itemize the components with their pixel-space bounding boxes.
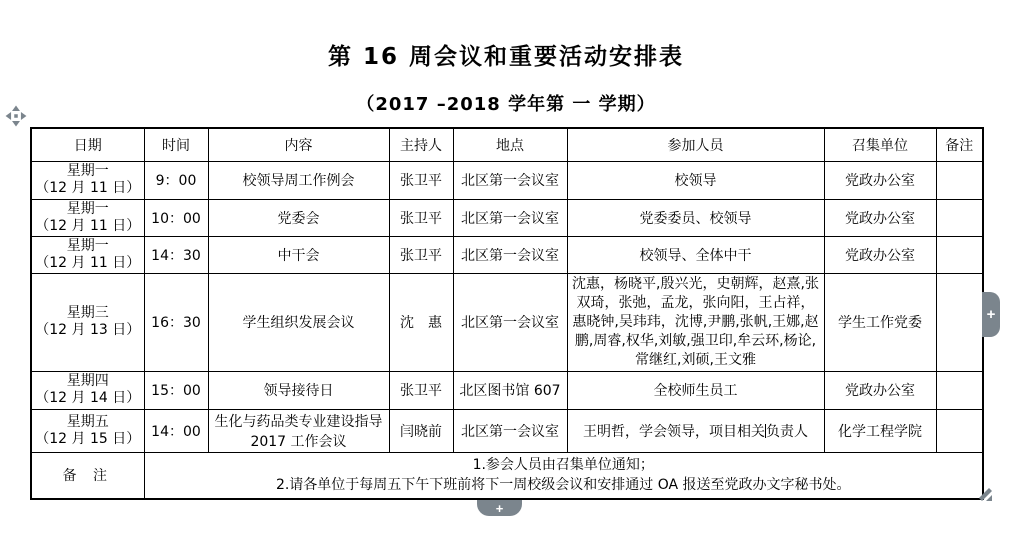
content-cell[interactable]: 学生组织发展会议 — [208, 273, 389, 371]
location-cell[interactable]: 北区第一会议室 — [453, 199, 567, 236]
col-header-content[interactable]: 内容 — [208, 128, 389, 161]
content-cell[interactable]: 党委会 — [208, 199, 389, 236]
time-cell[interactable]: 14：00 — [144, 409, 208, 452]
insert-row-plus-button[interactable]: + — [477, 500, 522, 516]
table-row: 星期四 （12 月 14 日） 15：00 领导接待日 张卫平 北区图书馆 60… — [31, 371, 983, 409]
organizer-cell[interactable]: 党政办公室 — [824, 161, 936, 199]
weekday: 星期一 — [35, 238, 141, 255]
remark-cell[interactable] — [936, 199, 983, 236]
remark-cell[interactable] — [936, 236, 983, 273]
location-cell[interactable]: 北区第一会议室 — [453, 236, 567, 273]
table-row: 星期三 （12 月 13 日） 16：30 学生组织发展会议 沈 惠 北区第一会… — [31, 273, 983, 371]
col-header-participants[interactable]: 参加人员 — [567, 128, 824, 161]
document-page: 第 16 周会议和重要活动安排表 （2017 –2018 学年第 一 学期） 日… — [0, 0, 1015, 541]
col-header-date[interactable]: 日期 — [31, 128, 144, 161]
weekday: 星期三 — [35, 305, 141, 322]
participants-text: 负责人 — [766, 424, 808, 440]
weekday: 星期四 — [35, 373, 141, 390]
host-cell[interactable]: 沈 惠 — [389, 273, 453, 371]
host-cell[interactable]: 张卫平 — [389, 199, 453, 236]
weekday: 星期一 — [35, 201, 141, 218]
date: （12 月 14 日） — [35, 390, 141, 407]
date: （12 月 11 日） — [35, 255, 141, 272]
table-row: 星期一 （12 月 11 日） 10：00 党委会 张卫平 北区第一会议室 党委… — [31, 199, 983, 236]
participants-cell[interactable]: 校领导、全体中干 — [567, 236, 824, 273]
weekday: 星期五 — [35, 414, 141, 431]
participants-cell[interactable]: 校领导 — [567, 161, 824, 199]
note-line: 1.参会人员由召集单位通知； — [148, 455, 980, 475]
host-cell[interactable]: 张卫平 — [389, 371, 453, 409]
location-cell[interactable]: 北区第一会议室 — [453, 161, 567, 199]
date-cell[interactable]: 星期一 （12 月 11 日） — [31, 161, 144, 199]
table-row: 星期五 （12 月 15 日） 14：00 生化与药品类专业建设指导 2017 … — [31, 409, 983, 452]
remark-cell[interactable] — [936, 161, 983, 199]
date: （12 月 15 日） — [35, 431, 141, 448]
col-header-location[interactable]: 地点 — [453, 128, 567, 161]
footer-row: 备 注 1.参会人员由召集单位通知； 2.请各单位于每周五下午下班前将下一周校级… — [31, 452, 983, 499]
col-header-remark[interactable]: 备注 — [936, 128, 983, 161]
weekday: 星期一 — [35, 163, 141, 180]
date: （12 月 11 日） — [35, 180, 141, 197]
date-cell[interactable]: 星期四 （12 月 14 日） — [31, 371, 144, 409]
date: （12 月 13 日） — [35, 322, 141, 339]
note-line: 2.请各单位于每周五下午下班前将下一周校级会议和安排通过 OA 报送至党政办文字… — [148, 475, 980, 495]
content-cell[interactable]: 领导接待日 — [208, 371, 389, 409]
document-title[interactable]: 第 16 周会议和重要活动安排表 — [30, 38, 982, 71]
table-row: 星期一 （12 月 11 日） 9：00 校领导周工作例会 张卫平 北区第一会议… — [31, 161, 983, 199]
schedule-table: 日期 时间 内容 主持人 地点 参加人员 召集单位 备注 星期一 （12 月 1… — [30, 127, 984, 500]
time-cell[interactable]: 14：30 — [144, 236, 208, 273]
date-cell[interactable]: 星期一 （12 月 11 日） — [31, 199, 144, 236]
remark-cell[interactable] — [936, 409, 983, 452]
document-subtitle[interactable]: （2017 –2018 学年第 一 学期） — [30, 90, 982, 116]
location-cell[interactable]: 北区图书馆 607 — [453, 371, 567, 409]
remark-cell[interactable] — [936, 273, 983, 371]
participants-cell[interactable]: 沈惠，杨晓平,殷兴光，史朝辉，赵熹,张双琦，张弛，孟龙，张向阳，王占祥，惠晓钟,… — [567, 273, 824, 371]
participants-cell[interactable]: 党委委员、校领导 — [567, 199, 824, 236]
location-cell[interactable]: 北区第一会议室 — [453, 273, 567, 371]
organizer-cell[interactable]: 党政办公室 — [824, 199, 936, 236]
organizer-cell[interactable]: 党政办公室 — [824, 371, 936, 409]
table-row: 星期一 （12 月 11 日） 14：30 中干会 张卫平 北区第一会议室 校领… — [31, 236, 983, 273]
footer-notes-cell[interactable]: 1.参会人员由召集单位通知； 2.请各单位于每周五下午下班前将下一周校级会议和安… — [144, 452, 983, 499]
host-cell[interactable]: 张卫平 — [389, 161, 453, 199]
content-cell[interactable]: 生化与药品类专业建设指导 2017 工作会议 — [208, 409, 389, 452]
header-row: 日期 时间 内容 主持人 地点 参加人员 召集单位 备注 — [31, 128, 983, 161]
content-cell[interactable]: 校领导周工作例会 — [208, 161, 389, 199]
time-cell[interactable]: 16：30 — [144, 273, 208, 371]
time-cell[interactable]: 9：00 — [144, 161, 208, 199]
organizer-cell[interactable]: 化学工程学院 — [824, 409, 936, 452]
content-cell[interactable]: 中干会 — [208, 236, 389, 273]
table-resize-handle-icon[interactable] — [977, 486, 994, 503]
table-move-handle-icon[interactable] — [5, 105, 27, 127]
location-cell[interactable]: 北区第一会议室 — [453, 409, 567, 452]
organizer-cell[interactable]: 党政办公室 — [824, 236, 936, 273]
time-cell[interactable]: 15：00 — [144, 371, 208, 409]
host-cell[interactable]: 张卫平 — [389, 236, 453, 273]
date-cell[interactable]: 星期五 （12 月 15 日） — [31, 409, 144, 452]
organizer-cell[interactable]: 学生工作党委 — [824, 273, 936, 371]
col-header-host[interactable]: 主持人 — [389, 128, 453, 161]
insert-column-plus-button[interactable]: + — [982, 292, 1000, 337]
col-header-time[interactable]: 时间 — [144, 128, 208, 161]
col-header-organizer[interactable]: 召集单位 — [824, 128, 936, 161]
participants-text: 王明哲，学会领导，项目相关 — [583, 424, 765, 440]
date-cell[interactable]: 星期一 （12 月 11 日） — [31, 236, 144, 273]
date: （12 月 11 日） — [35, 218, 141, 235]
host-cell[interactable]: 闫晓前 — [389, 409, 453, 452]
footer-label[interactable]: 备 注 — [31, 452, 144, 499]
time-cell[interactable]: 10：00 — [144, 199, 208, 236]
remark-cell[interactable] — [936, 371, 983, 409]
participants-cell[interactable]: 王明哲，学会领导，项目相关负责人 — [567, 409, 824, 452]
date-cell[interactable]: 星期三 （12 月 13 日） — [31, 273, 144, 371]
participants-cell[interactable]: 全校师生员工 — [567, 371, 824, 409]
